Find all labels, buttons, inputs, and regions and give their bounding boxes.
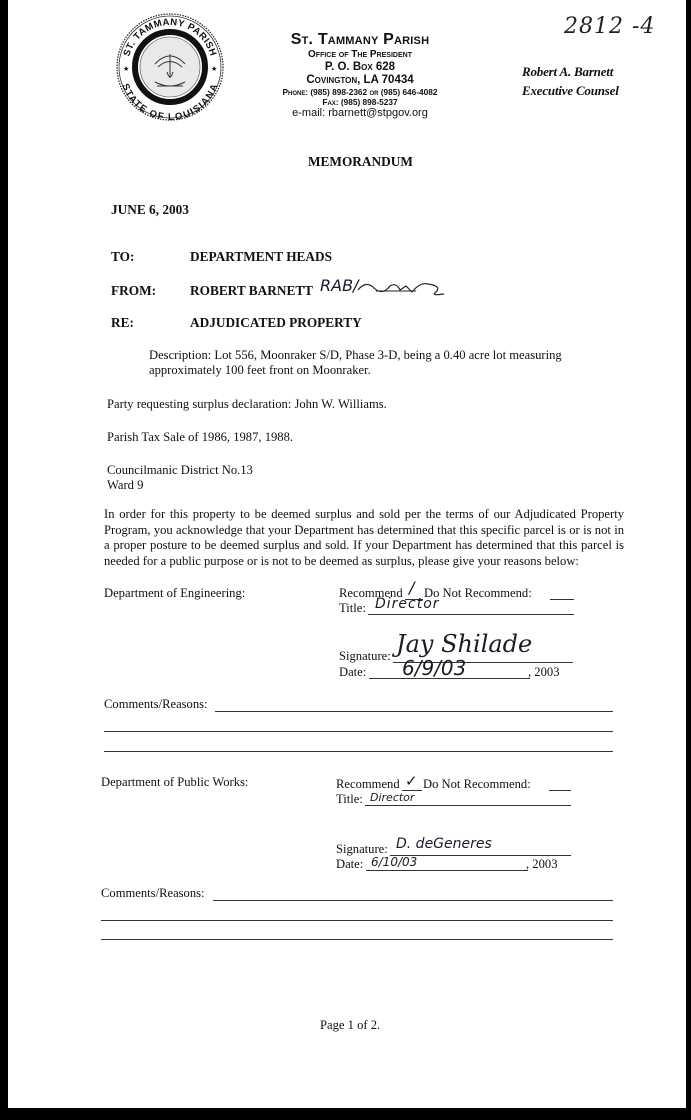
- dept-engineering-comments-label: Comments/Reasons:: [104, 697, 208, 712]
- dept-public-works-title-label: Title:: [336, 792, 363, 807]
- organization-name: St. Tammany Parish: [240, 30, 480, 49]
- dept-engineering-date-label: Date:: [339, 665, 366, 680]
- phone-numbers: Phone: (985) 898-2362 or (985) 646-4082: [240, 87, 480, 97]
- memo-heading: MEMORANDUM: [308, 154, 413, 170]
- to-label: TO:: [111, 249, 134, 265]
- page-number: Page 1 of 2.: [320, 1018, 380, 1033]
- fax-number: Fax: (985) 898-5237: [240, 97, 480, 107]
- dept-engineering-comments-line-3[interactable]: [104, 751, 613, 752]
- pelican-seal-icon: ST. TAMMANY PARISH STATE OF LOUISIANA ★ …: [115, 12, 225, 122]
- initials-scribble-icon: [356, 276, 448, 300]
- instructions-paragraph: In order for this property to be deemed …: [104, 507, 624, 569]
- letterhead: St. Tammany Parish Office of The Preside…: [240, 30, 480, 120]
- dept-public-works-date-value: 6/10/03: [371, 855, 417, 869]
- dept-public-works-date-label: Date:: [336, 857, 363, 872]
- email-address: e-mail: rbarnett@stpgov.org: [240, 107, 480, 120]
- dept-engineering-title-value: Director: [375, 596, 440, 612]
- memo-date: JUNE 6, 2003: [111, 202, 189, 218]
- dept-public-works-recommend-label: Recommend: [336, 777, 400, 792]
- from-initials-handwritten: RAB/: [320, 276, 358, 295]
- dept-engineering-comments-line-1[interactable]: [215, 711, 613, 712]
- from-value: ROBERT BARNETT: [190, 283, 313, 299]
- office-name: Office of The President: [240, 49, 480, 61]
- dept-public-works-title-value: Director: [370, 791, 414, 804]
- dept-public-works-comments-label: Comments/Reasons:: [101, 886, 205, 901]
- svg-text:★: ★: [211, 65, 217, 73]
- dept-public-works-comments-line-3[interactable]: [101, 939, 613, 940]
- re-label: RE:: [111, 315, 134, 331]
- dept-engineering-do-not-recommend-label: Do Not Recommend:: [424, 586, 532, 601]
- dept-public-works-date-field[interactable]: [366, 870, 528, 871]
- dept-engineering-do-not-recommend-field[interactable]: [550, 599, 574, 600]
- councilmanic-district: Councilmanic District No.13: [107, 463, 253, 478]
- dept-engineering-title-field[interactable]: [368, 614, 574, 615]
- dept-engineering-signature-label: Signature:: [339, 649, 391, 664]
- dept-engineering-name: Department of Engineering:: [104, 586, 245, 601]
- dept-public-works-do-not-recommend-field[interactable]: [549, 790, 571, 791]
- dept-engineering-title-label: Title:: [339, 601, 366, 616]
- dept-public-works-year: , 2003: [526, 857, 557, 872]
- dept-engineering-year: , 2003: [528, 665, 559, 680]
- dept-public-works-comments-line-2[interactable]: [101, 920, 613, 921]
- dept-engineering-signature-value: Jay Shilade: [396, 630, 532, 658]
- description-line-2: approximately 100 feet front on Moonrake…: [149, 363, 371, 378]
- dept-public-works-recommend-mark: ✓: [405, 772, 418, 790]
- dept-public-works-title-field[interactable]: [365, 805, 571, 806]
- dept-public-works-comments-line-1[interactable]: [213, 900, 613, 901]
- sender-title: Executive Counsel: [522, 81, 619, 100]
- sender-name: Robert A. Barnett: [522, 62, 613, 81]
- file-number-handwritten: 2812 -4: [564, 14, 655, 39]
- from-label: FROM:: [111, 283, 156, 299]
- ward: Ward 9: [107, 478, 143, 493]
- memo-page: ST. TAMMANY PARISH STATE OF LOUISIANA ★ …: [8, 0, 686, 1108]
- dept-public-works-signature-value: D. deGeneres: [396, 836, 492, 852]
- re-value: ADJUDICATED PROPERTY: [190, 315, 362, 331]
- dept-public-works-name: Department of Public Works:: [101, 775, 248, 790]
- description-line-1: Description: Lot 556, Moonraker S/D, Pha…: [149, 348, 562, 363]
- to-value: DEPARTMENT HEADS: [190, 249, 332, 265]
- city-state-zip: Covington, LA 70434: [240, 74, 480, 87]
- dept-engineering-date-value: 6/9/03: [402, 656, 466, 680]
- tax-sale: Parish Tax Sale of 1986, 1987, 1988.: [107, 430, 293, 445]
- po-box: P. O. Box 628: [240, 61, 480, 74]
- dept-public-works-do-not-recommend-label: Do Not Recommend:: [423, 777, 531, 792]
- requesting-party: Party requesting surplus declaration: Jo…: [107, 397, 387, 412]
- dept-engineering-recommend-mark: /: [409, 578, 414, 597]
- svg-text:★: ★: [123, 65, 129, 73]
- dept-engineering-comments-line-2[interactable]: [104, 731, 613, 732]
